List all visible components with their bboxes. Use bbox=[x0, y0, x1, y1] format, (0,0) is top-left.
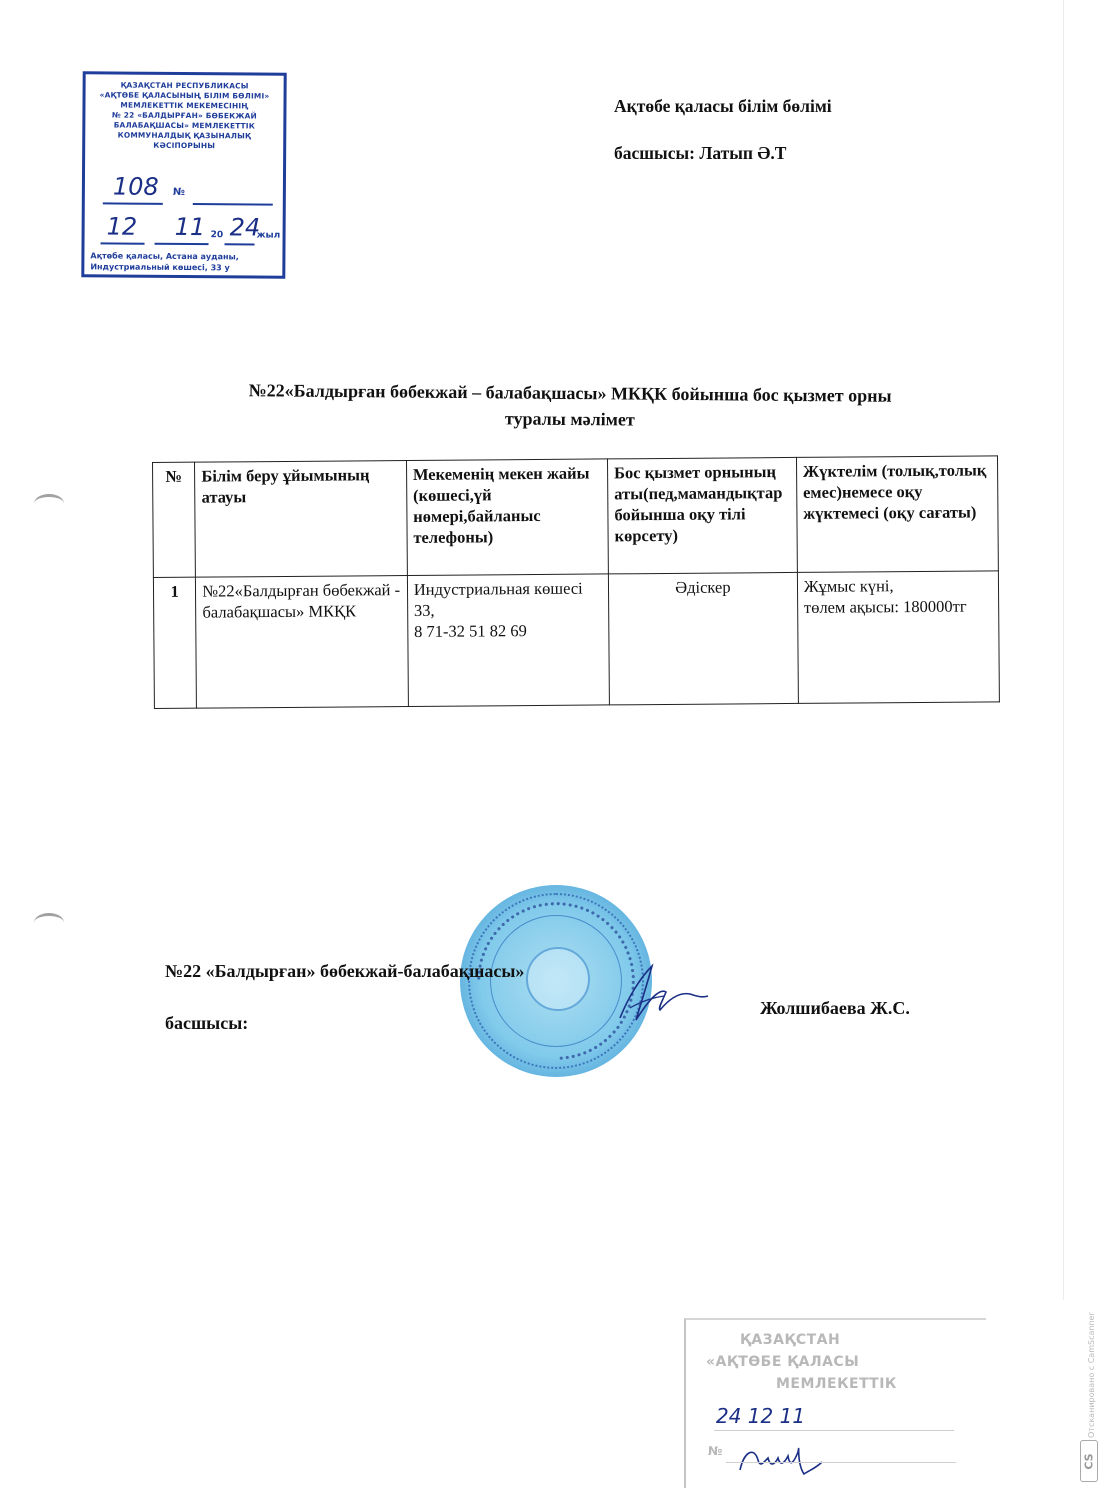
incoming-stamp-line: ҚАЗАҚСТАН bbox=[740, 1332, 840, 1348]
stamp-day: 12 bbox=[107, 212, 138, 240]
cell-workload: Жұмыс күні, төлем ақысы: 180000тг bbox=[797, 571, 999, 704]
underline bbox=[225, 243, 255, 245]
table-header-row: № Білім беру ұйымының атауы Мекеменің ме… bbox=[153, 456, 999, 578]
camscanner-watermark: Отсканировано с CamScanner bbox=[1087, 1312, 1096, 1438]
signatory-name: Жолшибаева Ж.С. bbox=[760, 998, 910, 1019]
underline bbox=[103, 202, 163, 204]
header-position: Бос қызмет орнының аты(пед,мамандықтар б… bbox=[607, 457, 797, 573]
camscanner-logo-icon: CS bbox=[1080, 1440, 1098, 1482]
header-org-name: Білім беру ұйымының атауы bbox=[195, 461, 407, 578]
stamp-address-line: Индустриальный көшесі, 33 у bbox=[90, 261, 238, 273]
incoming-date: 24 12 11 bbox=[716, 1404, 805, 1428]
header-address: Мекеменің мекен жайы (көшесі,үй нөмері,б… bbox=[406, 459, 608, 576]
stamp-org-line: «АҚТӨБЕ ҚАЛАСЫНЫҢ БІЛІМ БӨЛІМІ» bbox=[86, 90, 284, 101]
camscanner-logo-text: CS bbox=[1083, 1453, 1096, 1469]
stamp-address: Ақтөбе қаласы, Астана ауданы, Индустриал… bbox=[90, 250, 239, 273]
cell-number: 1 bbox=[153, 577, 196, 708]
year-suffix: жыл bbox=[257, 231, 281, 241]
addressee-dept: Ақтөбе қаласы білім бөлімі bbox=[614, 96, 832, 117]
addressee: Ақтөбе қаласы білім бөлімі басшысы: Латы… bbox=[614, 96, 832, 164]
scan-edge bbox=[1063, 0, 1064, 1300]
stamp-date-row: 12 11 20 24 жыл bbox=[95, 212, 285, 245]
underline bbox=[101, 242, 145, 244]
document-title: №22«Балдырған бөбекжай – балабақшасы» МК… bbox=[150, 376, 990, 435]
vacancy-table: № Білім беру ұйымының атауы Мекеменің ме… bbox=[152, 455, 1000, 709]
addressee-head: басшысы: Латып Ә.Т bbox=[614, 143, 832, 164]
incoming-number-label: № bbox=[708, 1444, 723, 1458]
punch-hole-mark bbox=[34, 494, 64, 513]
stamp-number-row: 108 № bbox=[103, 172, 273, 203]
underline bbox=[726, 1462, 956, 1463]
handwritten-signature bbox=[600, 958, 710, 1028]
address-text: Индустриальная көшесі 33, bbox=[414, 577, 603, 620]
year-prefix: 20 bbox=[211, 230, 224, 240]
stamp-org-name: ҚАЗАҚСТАН РЕСПУБЛИКАСЫ «АҚТӨБЕ ҚАЛАСЫНЫҢ… bbox=[85, 80, 283, 151]
incoming-stamp: ҚАЗАҚСТАН «АҚТӨБЕ ҚАЛАСЫ МЕМЛЕКЕТТІК 24 … bbox=[684, 1318, 986, 1488]
punch-hole-mark bbox=[34, 913, 64, 932]
stamp-month: 11 bbox=[175, 213, 206, 241]
stamp-org-line: БАЛАБАҚШАСЫ» МЕМЛЕКЕТТІК bbox=[85, 120, 283, 131]
signatory-org: №22 «Балдырған» бөбекжай-балабақшасы» bbox=[165, 961, 524, 982]
registration-stamp: ҚАЗАҚСТАН РЕСПУБЛИКАСЫ «АҚТӨБЕ ҚАЛАСЫНЫҢ… bbox=[81, 71, 286, 278]
cell-address: Индустриальная көшесі 33, 8 71-32 51 82 … bbox=[407, 574, 609, 707]
header-number: № bbox=[153, 462, 196, 577]
underline bbox=[714, 1430, 954, 1431]
outgoing-number: 108 bbox=[113, 173, 159, 201]
signatory-role: басшысы: bbox=[165, 1013, 248, 1034]
table-row: 1 №22«Балдырған бөбекжай - балабақшасы» … bbox=[153, 571, 999, 709]
phone-text: 8 71-32 51 82 69 bbox=[414, 619, 602, 641]
cell-org-name: №22«Балдырған бөбекжай - балабақшасы» МК… bbox=[196, 575, 409, 708]
incoming-signature bbox=[734, 1432, 824, 1482]
incoming-stamp-line: «АҚТӨБЕ ҚАЛАСЫ bbox=[706, 1354, 859, 1370]
cell-position: Әдіскер bbox=[608, 572, 798, 704]
underline bbox=[155, 243, 209, 245]
pay-text: төлем ақысы: 180000тг bbox=[804, 595, 992, 617]
header-workload: Жүктелім (толық,толық емес)немесе оқу жү… bbox=[796, 456, 998, 573]
number-label: № bbox=[173, 187, 185, 198]
incoming-stamp-line: МЕМЛЕКЕТТІК bbox=[776, 1376, 897, 1392]
stamp-org-line: КӘСІПОРЫНЫ bbox=[85, 140, 283, 151]
underline bbox=[193, 203, 273, 206]
workload-text: Жұмыс күні, bbox=[804, 574, 992, 596]
